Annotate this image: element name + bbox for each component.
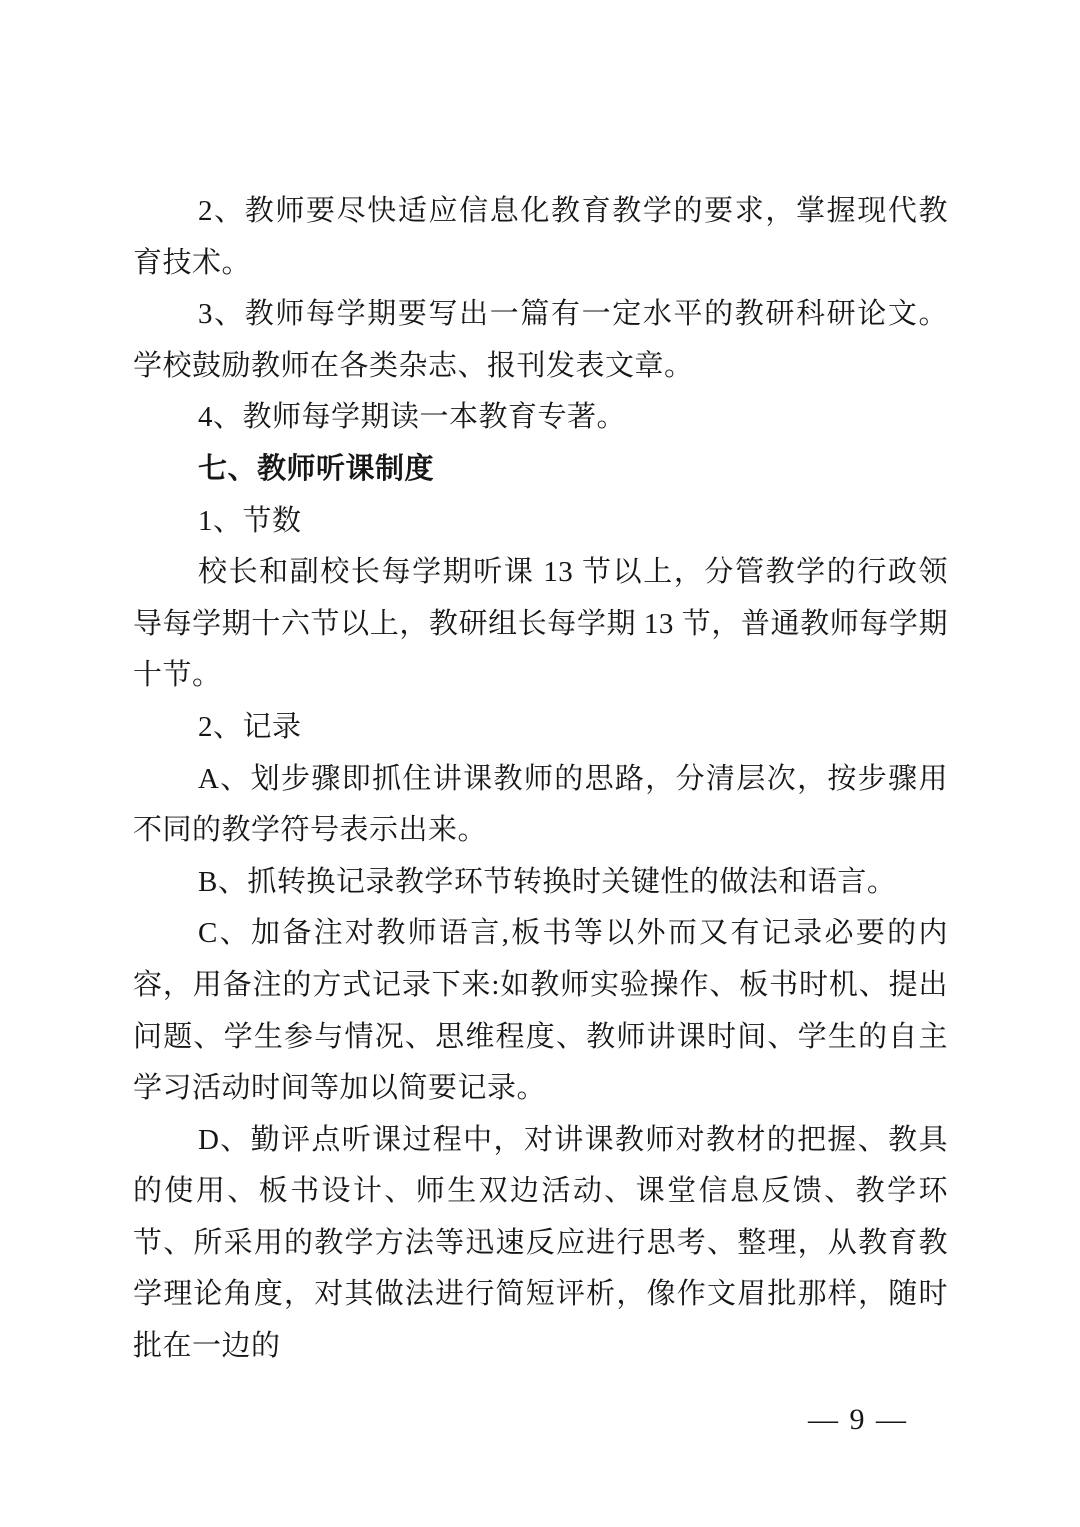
paragraph-item-4: 4、教师每学期读一本教育专著。 xyxy=(133,392,948,444)
paragraph-item-a: A、划步骤即抓住讲课教师的思路，分清层次，按步骤用不同的教学符号表示出来。 xyxy=(133,754,948,857)
paragraph-item-2: 2、教师要尽快适应信息化教育教学的要求，掌握现代教育技术。 xyxy=(133,186,948,289)
paragraph-item-d: D、勤评点听课过程中，对讲课教师对教材的把握、教具的使用、板书设计、师生双边活动… xyxy=(133,1115,948,1373)
subsection-title-1: 1、节数 xyxy=(133,496,948,548)
paragraph-item-3: 3、教师每学期要写出一篇有一定水平的教研科研论文。学校鼓励教师在各类杂志、报刊发… xyxy=(133,289,948,392)
paragraph-lecture-counts: 校长和副校长每学期听课 13 节以上，分管教学的行政领导每学期十六节以上，教研组… xyxy=(133,547,948,702)
page-number: — 9 — xyxy=(808,1398,908,1442)
subsection-title-2: 2、记录 xyxy=(133,702,948,754)
section-heading: 七、教师听课制度 xyxy=(133,444,948,496)
document-page: 2、教师要尽快适应信息化教育教学的要求，掌握现代教育技术。 3、教师每学期要写出… xyxy=(0,0,1080,1527)
document-body: 2、教师要尽快适应信息化教育教学的要求，掌握现代教育技术。 3、教师每学期要写出… xyxy=(133,186,948,1373)
paragraph-item-b: B、抓转换记录教学环节转换时关键性的做法和语言。 xyxy=(133,857,948,909)
paragraph-item-c: C、加备注对教师语言,板书等以外而又有记录必要的内容，用备注的方式记录下来:如教… xyxy=(133,908,948,1114)
